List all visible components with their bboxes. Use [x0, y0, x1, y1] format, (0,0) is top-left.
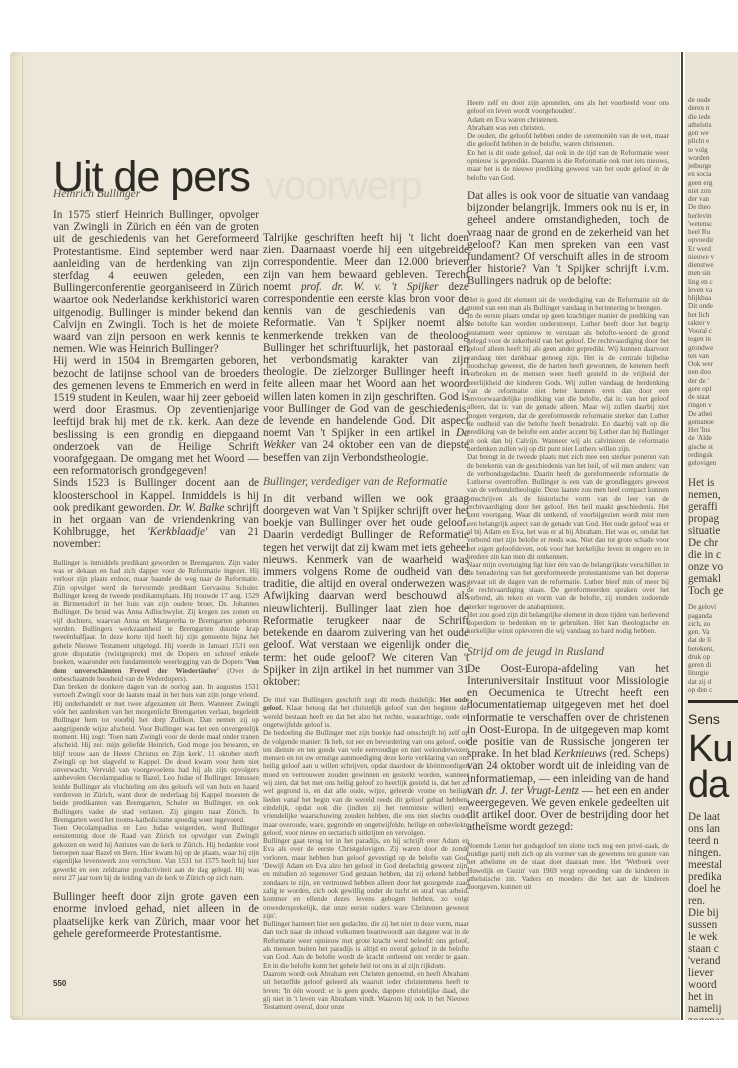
paragraph: De Oost-Europa-afdeling van het Interuni…: [467, 663, 669, 834]
quote-paragraph: In de eerste plaats omdat op geen kracht…: [467, 312, 669, 453]
page-edge: [10, 56, 23, 1016]
quote-paragraph: De titel van Bullingers geschrift zegt d…: [263, 696, 469, 729]
text-line: zich, zo: [688, 620, 738, 628]
text-line: plicht e: [688, 137, 738, 145]
text-line: geren di: [688, 661, 738, 669]
bleed-through-text: voorwerp: [265, 164, 422, 209]
right-page: de oudederen ndie iedeatheïstisgen wepli…: [685, 52, 738, 1020]
text-line: atheïstis: [688, 121, 738, 129]
text-line: Ku: [688, 731, 738, 767]
text-line: die iede: [688, 113, 738, 121]
quote-paragraph: Bullinger is inmiddels predikant geworde…: [53, 559, 259, 683]
paragraph: Dat alles is ook voor de situatie van va…: [467, 190, 669, 288]
text-line: Er werd: [688, 245, 738, 253]
text-line: ringen v: [688, 401, 738, 409]
text-line: sussen: [688, 919, 738, 931]
column-1: Heinrich Bullinger In 1575 stierf Heinri…: [53, 188, 259, 940]
text-line: Het 'Ins: [688, 426, 738, 434]
quote-paragraph: Abraham was een christen.: [467, 124, 669, 132]
text-line: ten van: [688, 352, 738, 360]
text-line: dat zij d: [688, 678, 738, 686]
column-2: Talrijke geschriften heeft hij 't licht …: [263, 232, 469, 1011]
text-line: teerd n: [688, 835, 738, 847]
book-gutter: [681, 52, 683, 1020]
text-line: het in: [688, 991, 738, 1003]
text-line: woord: [688, 979, 738, 991]
headline: Kuda: [688, 731, 738, 803]
text-line: 'verand: [688, 955, 738, 967]
text-line: gemakl: [688, 573, 738, 585]
text-line: dat de li: [688, 636, 738, 644]
text-line: dienstwe: [688, 261, 738, 269]
text-line: situatie: [688, 525, 738, 537]
quote-paragraph: Naar mijn overtuiging ligt hier één van …: [467, 561, 669, 611]
paragraph: Talrijke geschriften heeft hij 't licht …: [263, 232, 469, 464]
text-line: ren.: [688, 895, 738, 907]
truncated-paragraph: De laatons lanteerd nningen.meestalpredi…: [688, 811, 738, 1020]
text-line: deren n: [688, 104, 738, 112]
section-heading: Bullinger, verdediger van de Reformatie: [263, 476, 469, 488]
text-line: Het is: [688, 477, 738, 489]
text-line: herlevin: [688, 212, 738, 220]
text-line: de oude: [688, 96, 738, 104]
text-line: nemen,: [688, 489, 738, 501]
quote-paragraph: Dan breken de donkere dagen van de oorlo…: [53, 683, 259, 824]
text-line: ningen.: [688, 847, 738, 859]
quote-paragraph: Heere zelf en door zijn apostelen, ons a…: [467, 99, 669, 116]
quote-paragraph: Dat brengt in de tweede plaats met zich …: [467, 453, 669, 561]
text-line: le wek: [688, 931, 738, 943]
text-line: leven va: [688, 286, 738, 294]
text-line: der de ': [688, 377, 738, 385]
text-line: betekent,: [688, 645, 738, 653]
text-line: meestal: [688, 859, 738, 871]
paragraph: In dit verband willen we ook graag doorg…: [263, 493, 469, 688]
text-line: nen doo: [688, 368, 738, 376]
text-line: niet zon: [688, 187, 738, 195]
quote-paragraph: Toen Oecolampadius en Leo Judae weigerde…: [53, 824, 259, 882]
quote-paragraph: Het zou goed zijn dit belangrijke elemen…: [467, 611, 669, 636]
text-line: gere opl: [688, 385, 738, 393]
text-line: nieuwe v: [688, 253, 738, 261]
quote-paragraph: Daarom wordt ook Abraham een Christen ge…: [263, 970, 469, 1011]
text-line: onze vo: [688, 561, 738, 573]
text-line: de staat: [688, 393, 738, 401]
text-line: blijkbaa: [688, 294, 738, 302]
quote-paragraph: De ouden, die geloofd hebben onder de ce…: [467, 132, 669, 149]
paragraph: In 1575 stierf Heinrich Bullinger, opvol…: [53, 209, 259, 355]
text-line: doel he: [688, 883, 738, 895]
quote-paragraph: De bedoeling die Bullinger met zijn boek…: [263, 729, 469, 837]
text-line: predika: [688, 871, 738, 883]
text-line: De chr: [688, 537, 738, 549]
text-line: geen erg: [688, 179, 738, 187]
text-line: De gelovi: [688, 603, 738, 611]
page-number: 550: [53, 979, 66, 988]
paragraph: Bullinger heeft door zijn grote gaven ee…: [53, 891, 259, 940]
text-line: tegen in: [688, 335, 738, 343]
text-line: redingsk: [688, 451, 738, 459]
text-line: opvoedir: [688, 236, 738, 244]
text-line: propag: [688, 513, 738, 525]
text-line: grondwe: [688, 344, 738, 352]
text-line: da: [688, 767, 738, 803]
text-line: gen we: [688, 129, 738, 137]
text-line: gische st: [688, 443, 738, 451]
text-line: paganda: [688, 612, 738, 620]
text-line: Dit onde: [688, 302, 738, 310]
column-3: Heere zelf en door zijn apostelen, ons a…: [467, 99, 669, 891]
text-line: te volg: [688, 146, 738, 154]
text-line: rakter v: [688, 319, 738, 327]
text-line: gen. Va: [688, 628, 738, 636]
left-page: voorwerp Uit de pers Heinrich Bullinger …: [10, 52, 680, 1020]
text-line: namelij: [688, 1003, 738, 1015]
paragraph: Hij werd in 1504 in Bremgarten geboren, …: [53, 355, 259, 477]
magazine-spread: voorwerp Uit de pers Heinrich Bullinger …: [10, 52, 738, 1020]
paragraph: Sinds 1523 is Bullinger docent aan de kl…: [53, 477, 259, 550]
text-line: gemanoe: [688, 418, 738, 426]
quote-paragraph: Bullinger hanteert hier een gedachte, di…: [263, 920, 469, 970]
text-line: Die bij: [688, 907, 738, 919]
quote-paragraph: Noemde Lenin het godsgeloof ten slotte t…: [467, 842, 669, 892]
section-heading: Strijd om de jeugd in Rusland: [467, 646, 669, 658]
text-line: staan c: [688, 943, 738, 955]
text-line: die in c: [688, 549, 738, 561]
quote-paragraph: Het is goed dit element uit de verdedigi…: [467, 296, 669, 313]
text-line: zogenaa: [688, 1015, 738, 1020]
text-line: worden: [688, 154, 738, 162]
text-line: De laat: [688, 811, 738, 823]
text-line: geraffi: [688, 501, 738, 513]
text-line: liever: [688, 967, 738, 979]
text-line: druk op: [688, 653, 738, 661]
text-line: men sin: [688, 269, 738, 277]
text-line: en socia: [688, 170, 738, 178]
section-rule: [688, 700, 738, 703]
text-line: heel Ru: [688, 228, 738, 236]
text-line: Ook wer: [688, 360, 738, 368]
text-line: Vooral c: [688, 327, 738, 335]
truncated-quote: de oudederen ndie iedeatheïstisgen wepli…: [688, 96, 738, 467]
text-line: ons lan: [688, 823, 738, 835]
text-line: op den c: [688, 686, 738, 694]
text-line: gelovigen: [688, 459, 738, 467]
truncated-paragraph: Het isnemen,geraffipropagsituatieDe chrd…: [688, 477, 738, 597]
section-label: Sens: [688, 711, 738, 727]
text-line: der van: [688, 195, 738, 203]
text-line: ling en c: [688, 278, 738, 286]
section-heading: Heinrich Bullinger: [53, 188, 259, 200]
text-line: de 'Alde: [688, 434, 738, 442]
truncated-quote: De gelovipagandazich, zogen. Vadat de li…: [688, 603, 738, 694]
text-line: jetburge: [688, 162, 738, 170]
text-line: Toch ge: [688, 585, 738, 597]
text-line: De theo: [688, 203, 738, 211]
quote-paragraph: Adam en Eva waren christenen.: [467, 116, 669, 124]
text-line: het lich: [688, 311, 738, 319]
right-page-text: de oudederen ndie iedeatheïstisgen wepli…: [688, 96, 738, 1020]
quote-paragraph: En het is dit oude geloof, dat ook in de…: [467, 149, 669, 182]
text-line: liturgie: [688, 669, 738, 677]
text-line: 'wetensc: [688, 220, 738, 228]
text-line: De athei: [688, 410, 738, 418]
quote-paragraph: Bullinger gaat terug tot in het paradijs…: [263, 837, 469, 920]
